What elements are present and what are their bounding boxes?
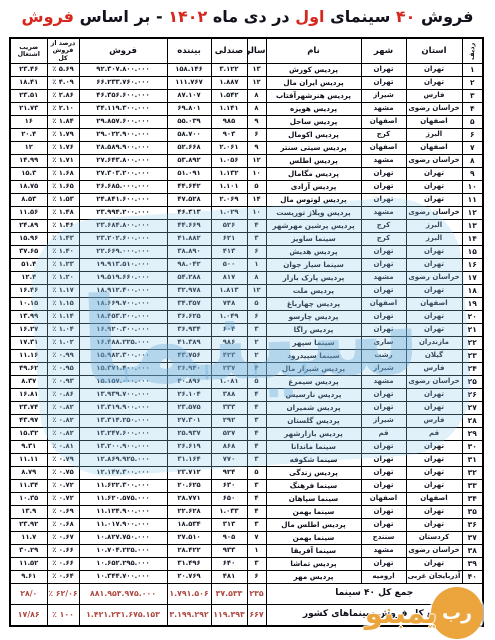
- table-row: ۸خراسان رضویمشهدپردیس اطلس۱۲۱.۰۵۶۵۳.۸۹۲۲…: [10, 155, 483, 168]
- col-header-halls: سالن: [247, 38, 266, 64]
- cell-seats: ۱.۵۴۲: [211, 90, 247, 103]
- col-header-viewers: بیننده: [167, 38, 211, 64]
- cell-occ: ۱۳.۹: [10, 506, 47, 519]
- cell-city: تهران: [361, 285, 406, 298]
- cell-viewers: ۴۴.۶۶۹: [167, 220, 211, 233]
- cell-pct: ۰.۶۹ ٪: [47, 506, 79, 519]
- cell-city: مشهد: [361, 155, 406, 168]
- cell-halls: ۴: [247, 506, 266, 519]
- cell-rank: ۳۷: [462, 532, 483, 545]
- cell-rank: ۱۷: [462, 272, 483, 285]
- cell-city: سنندج: [361, 532, 406, 545]
- cell-viewers: ۲۸.۷۷۱: [167, 493, 211, 506]
- table-body: ۱تهرانتهرانپردیس کورش۱۳۳.۱۲۲۱۵۸.۱۴۶۹۲.۳۰…: [10, 64, 483, 584]
- cell-viewers: ۸۷.۱۰۷: [167, 90, 211, 103]
- table-row: ۲۲مازندرانساریسینما سپهر۲۹۸۶۴۱.۳۸۹۱۶.۴۸۸…: [10, 337, 483, 350]
- cell-halls: ۶: [247, 246, 266, 259]
- cell-sales: ۲۳.۲۰۲.۶۰۰.۰۰۰: [79, 233, 167, 246]
- cell-viewers: ۴۱.۸۸۲: [167, 233, 211, 246]
- cell-name: پردیس زندگی: [266, 467, 361, 480]
- cell-name: پردیس اطلس: [266, 155, 361, 168]
- cell-seats: ۸۶۸: [211, 441, 247, 454]
- cell-city: کرج: [361, 129, 406, 142]
- cell-viewers: ۵۳.۸۹۲: [167, 155, 211, 168]
- cell-occ: ۱۵.۳۲: [10, 428, 47, 441]
- cell-halls: ۱۰: [247, 207, 266, 220]
- cell-city: مشهد: [361, 545, 406, 558]
- cell-viewers: ۲۰.۷۶۹: [167, 571, 211, 584]
- cell-province: آذربایجان غربی: [406, 571, 462, 584]
- cell-pct: ۰.۶۶ ٪: [47, 558, 79, 571]
- cell-name: سینما بهمن: [266, 506, 361, 519]
- cell-occ: ۴۳.۹۷: [10, 415, 47, 428]
- cell-viewers: ۵۲.۶۶۸: [167, 142, 211, 155]
- cell-seats: ۳۳۳: [211, 402, 247, 415]
- cell-city: مشهد: [361, 272, 406, 285]
- cell-sales: ۱۶.۹۲۰.۳۰۰.۰۰۰: [79, 324, 167, 337]
- cell-halls: ۱۲: [247, 77, 266, 90]
- cell-seats: ۱.۸۸۷: [211, 77, 247, 90]
- cell-name: پردیس شیراز مال: [266, 363, 361, 376]
- cell-rank: ۲۵: [462, 376, 483, 389]
- cell-occ: ۱۶.۴۶: [10, 285, 47, 298]
- cell-occ: ۱۱.۵۶: [10, 207, 47, 220]
- cell-pct: ۰.۸۲ ٪: [47, 428, 79, 441]
- cell-viewers: ۴۷.۵۲۸: [167, 194, 211, 207]
- summary-occupancy: ۲۸/۰: [10, 584, 47, 605]
- summary-sales: ۱.۴۲۱.۲۳۱.۶۷۵.۱۵۳: [79, 605, 167, 627]
- cell-rank: ۲۲: [462, 337, 483, 350]
- table-row: ۳۵تهرانتهرانسینما بهمن۴۱.۰۳۳۲۲.۶۲۸۱۱.۱۲۴…: [10, 506, 483, 519]
- cell-name: پردیس ساحل: [266, 116, 361, 129]
- cell-sales: ۱۰.۳۴۴.۷۰۰.۰۰۰: [79, 571, 167, 584]
- cell-city: اصفهان: [361, 116, 406, 129]
- cell-halls: ۴: [247, 220, 266, 233]
- page-title: فروش ۴۰ سینمای اول در دی ماه ۱۴۰۲ - بر ا…: [0, 7, 495, 26]
- cell-rank: ۹: [462, 168, 483, 181]
- cell-occ: ۱۶.۲۷: [10, 324, 47, 337]
- cell-sales: ۱۵.۳۷۱.۴۰۰.۰۰۰: [79, 363, 167, 376]
- cell-sales: ۱۵.۹۸۲.۳۰۰.۰۰۰: [79, 350, 167, 363]
- report-page: فروش ۴۰ سینمای اول در دی ماه ۱۴۰۲ - بر ا…: [0, 0, 495, 640]
- cell-halls: ۱: [247, 545, 266, 558]
- title-text: سینمای: [330, 7, 390, 26]
- cell-seats: ۳۸۸: [211, 389, 247, 402]
- cell-name: پردیس ایران مال: [266, 77, 361, 90]
- cell-halls: ۹: [247, 142, 266, 155]
- cell-province: اصفهان: [406, 116, 462, 129]
- cell-name: پردیس پرشین مهرشهر: [266, 220, 361, 233]
- cell-halls: ۱۲: [247, 285, 266, 298]
- cell-province: خراسان رضوی: [406, 207, 462, 220]
- cell-sales: ۱۳.۲۴۷.۶۰۰.۰۰۰: [79, 428, 167, 441]
- cell-occ: ۱۴.۹۹: [10, 155, 47, 168]
- cell-halls: ۵: [247, 376, 266, 389]
- cell-rank: ۲۱: [462, 324, 483, 337]
- cell-sales: ۱۱.۶۲۲.۳۰۰.۰۰۰: [79, 480, 167, 493]
- cell-sales: ۱۵.۱۵۷.۰۰۰.۰۰۰: [79, 376, 167, 389]
- cell-sales: ۱۶.۴۸۸.۲۲۵.۰۰۰: [79, 337, 167, 350]
- table-row: ۱۳البرزکرجپردیس پرشین مهرشهر۴۵۲۶۴۴.۶۶۹۲۳…: [10, 220, 483, 233]
- cell-city: تهران: [361, 64, 406, 77]
- cell-occ: ۲۴.۸۹: [10, 220, 47, 233]
- cell-occ: ۱۲.۴: [10, 272, 47, 285]
- cell-province: تهران: [406, 285, 462, 298]
- cell-rank: ۲۴: [462, 363, 483, 376]
- cell-seats: ۷۷۰: [211, 454, 247, 467]
- cell-seats: ۱.۰۲۹: [211, 207, 247, 220]
- cell-sales: ۲۷.۳۰۳.۲۰۰.۰۰۰: [79, 168, 167, 181]
- cell-seats: ۱.۰۵۶: [211, 155, 247, 168]
- cell-halls: ۱۰: [247, 168, 266, 181]
- cell-viewers: ۳۱.۱۶۴: [167, 454, 211, 467]
- cell-viewers: ۲۳.۷۱۲: [167, 467, 211, 480]
- summary-percent: ۱۰۰ ٪: [47, 605, 79, 627]
- cell-rank: ۳۱: [462, 454, 483, 467]
- cell-sales: ۱۹.۹۱۳.۵۱۰.۰۰۰: [79, 259, 167, 272]
- col-header-city: شهر: [361, 38, 406, 64]
- cell-seats: ۵۰۰: [211, 259, 247, 272]
- cell-halls: ۱۲: [247, 155, 266, 168]
- cell-pct: ۰.۷۲ ٪: [47, 493, 79, 506]
- cell-name: پردیس بازارشهر: [266, 428, 361, 441]
- cell-pct: ۱.۶۵ ٪: [47, 181, 79, 194]
- cell-name: سینما بهمن: [266, 532, 361, 545]
- cell-city: تهران: [361, 519, 406, 532]
- cell-rank: ۱۸: [462, 285, 483, 298]
- cell-province: اصفهان: [406, 142, 462, 155]
- cell-name: سینما شکوفه: [266, 454, 361, 467]
- cell-sales: ۲۶.۶۸۵.۰۰۰.۰۰۰: [79, 181, 167, 194]
- table-row: ۱۷خراسان رضویمشهدپردیس پارک بازار۸۸۱۷۵۴.…: [10, 272, 483, 285]
- cell-province: اصفهان: [406, 298, 462, 311]
- table-row: ۳۴اصفهاناصفهانسینما سپاهان۴۶۵۰۲۸.۷۷۱۱۱.۶…: [10, 493, 483, 506]
- cell-viewers: ۴۶.۳۱۳: [167, 207, 211, 220]
- cell-halls: ۴: [247, 493, 266, 506]
- cell-occ: ۸.۳۷: [10, 376, 47, 389]
- cell-name: پردیس سیمرغ: [266, 376, 361, 389]
- cell-sales: ۲۲.۶۶۹.۰۰۰.۰۰۰: [79, 246, 167, 259]
- cell-sales: ۱۱.۰۱۷.۹۰۰.۰۰۰: [79, 519, 167, 532]
- cell-viewers: ۲۳.۵۷۵: [167, 402, 211, 415]
- cell-province: خراسان رضوی: [406, 272, 462, 285]
- cell-pct: ۰.۷۵ ٪: [47, 467, 79, 480]
- cell-province: فارس: [406, 363, 462, 376]
- summary-seats: ۳۷.۵۳۳: [211, 584, 247, 605]
- summary-viewers: ۳.۱۹۹.۲۹۲: [167, 605, 211, 627]
- cell-city: تهران: [361, 181, 406, 194]
- header-row: ردیف استان شهر نام سالن صندلی بیننده فرو…: [10, 38, 483, 64]
- cell-viewers: ۲۲.۶۲۸: [167, 506, 211, 519]
- cell-viewers: ۵۵.۰۳۹: [167, 116, 211, 129]
- cell-province: تهران: [406, 389, 462, 402]
- title-first: اول: [295, 7, 324, 26]
- table-row: ۲۷تهرانتهرانپردیس شمیران۴۳۳۳۲۳.۵۷۵۱۳.۳۱۹…: [10, 402, 483, 415]
- cell-occ: ۱۸.۷۵: [10, 181, 47, 194]
- cell-pct: ۰.۶۴ ٪: [47, 571, 79, 584]
- cell-city: اصفهان: [361, 493, 406, 506]
- cell-occ: ۱۳.۹۹: [10, 311, 47, 324]
- cell-occ: ۲۰.۴: [10, 129, 47, 142]
- cell-sales: ۶۶.۲۳۳.۷۶۰.۰۰۰: [79, 77, 167, 90]
- cell-seats: ۱.۱۴۱: [211, 103, 247, 116]
- cell-seats: ۲۳۷: [211, 363, 247, 376]
- cell-province: اصفهان: [406, 493, 462, 506]
- cell-viewers: ۲۵.۹۳۷: [167, 428, 211, 441]
- cell-occ: ۹.۶۱: [10, 571, 47, 584]
- cell-halls: ۹: [247, 116, 266, 129]
- cell-province: تهران: [406, 441, 462, 454]
- cell-city: تهران: [361, 194, 406, 207]
- cell-halls: ۴: [247, 363, 266, 376]
- cell-viewers: ۵۱.۰۹۱: [167, 168, 211, 181]
- cell-pct: ۰.۶۷ ٪: [47, 532, 79, 545]
- cell-name: پردیس شمیران: [266, 402, 361, 415]
- cell-rank: ۲۸: [462, 415, 483, 428]
- cell-viewers: ۳۴.۳۵۷: [167, 298, 211, 311]
- cell-name: سینما آفریقا: [266, 545, 361, 558]
- cell-city: تهران: [361, 246, 406, 259]
- table-row: ۳۱تهرانتهرانسینما شکوفه۳۷۷۰۳۱.۱۶۴۱۲.۸۶۹.…: [10, 454, 483, 467]
- cell-rank: ۸: [462, 155, 483, 168]
- cell-province: فارس: [406, 415, 462, 428]
- cell-halls: ۳: [247, 519, 266, 532]
- cell-halls: ۳: [247, 480, 266, 493]
- cell-pct: ۰.۶۸ ٪: [47, 519, 79, 532]
- cell-province: تهران: [406, 558, 462, 571]
- cell-occ: ۱۵.۳: [10, 168, 47, 181]
- cell-name: پردیس هویزه: [266, 103, 361, 116]
- cell-halls: ۸: [247, 90, 266, 103]
- cell-pct: ۱.۸۴ ٪: [47, 116, 79, 129]
- table-row: ۳۸خراسان رضویمشهدسینما آفریقا۱۹۳۳۲۸.۴۲۲۱…: [10, 545, 483, 558]
- cell-city: تهران: [361, 168, 406, 181]
- col-header-seats: صندلی: [211, 38, 247, 64]
- cell-name: سینما سپاهان: [266, 493, 361, 506]
- cell-sales: ۱۹.۵۱۹.۶۶۰.۰۰۰: [79, 272, 167, 285]
- cell-viewers: ۳۸.۸۹۰: [167, 246, 211, 259]
- cell-viewers: ۱۱۱.۷۶۷: [167, 77, 211, 90]
- table-row: ۱۲خراسان رضویمشهدپردیس ویلاژ توریست۱۰۱.۰…: [10, 207, 483, 220]
- cell-city: اصفهان: [361, 298, 406, 311]
- cell-seats: ۲۹۲: [211, 415, 247, 428]
- cell-viewers: ۶۹.۸۰۱: [167, 103, 211, 116]
- cell-rank: ۱۵: [462, 246, 483, 259]
- cell-occ: ۲۳.۷۴: [10, 402, 47, 415]
- cell-pct: ۱.۱۴ ٪: [47, 311, 79, 324]
- table-row: ۱تهرانتهرانپردیس کورش۱۳۳.۱۲۲۱۵۸.۱۴۶۹۲.۳۰…: [10, 64, 483, 77]
- cell-rank: ۳۵: [462, 506, 483, 519]
- cell-name: پردیس لوتوس مال: [266, 194, 361, 207]
- cell-seats: ۹۰۵: [211, 532, 247, 545]
- cell-sales: ۹۲.۳۰۷.۸۰۰.۰۰۰: [79, 64, 167, 77]
- cell-sales: ۱۳.۳۱۴.۲۵۰.۰۰۰: [79, 415, 167, 428]
- title-text: در دی ماه: [213, 7, 290, 26]
- cell-pct: ۱.۷۹ ٪: [47, 129, 79, 142]
- table-row: ۲۸فارسشیرازپردیس گلستان۳۲۹۲۲۷.۳۰۱۱۳.۳۱۴.…: [10, 415, 483, 428]
- cell-occ: ۲۳.۴۶: [10, 64, 47, 77]
- cell-city: شیراز: [361, 90, 406, 103]
- cell-seats: ۹۸۶: [211, 337, 247, 350]
- table-row: ۴خراسان رضویمشهدپردیس هویزه۸۱.۱۴۱۶۹.۸۰۱۳…: [10, 103, 483, 116]
- cell-pct: ۰.۹۳ ٪: [47, 376, 79, 389]
- cell-halls: ۵: [247, 467, 266, 480]
- cell-halls: ۲: [247, 337, 266, 350]
- summary-label: جمع کل ۴۰ سینما: [266, 584, 483, 605]
- cell-halls: ۱۳: [247, 64, 266, 77]
- cell-province: تهران: [406, 64, 462, 77]
- cell-sales: ۱۲.۸۶۹.۹۲۵.۰۰۰: [79, 454, 167, 467]
- col-header-occupancy: ضریب اشتغال: [10, 38, 47, 64]
- cell-city: تهران: [361, 441, 406, 454]
- summary-label: جمع کل فروش سینماهای کشور: [266, 605, 483, 627]
- cell-pct: ۱.۰۴ ٪: [47, 324, 79, 337]
- table-row: ۳۹تهرانتهرانپردیس تماشا۳۶۴۰۳۱.۴۹۶۱۰.۶۵۲.…: [10, 558, 483, 571]
- title-text: - بر اساس: [80, 7, 163, 26]
- cell-halls: ۲: [247, 350, 266, 363]
- cell-province: تهران: [406, 506, 462, 519]
- cell-viewers: ۲۶.۶۱۹: [167, 441, 211, 454]
- cell-name: پردیس اکومال: [266, 129, 361, 142]
- cell-province: تهران: [406, 181, 462, 194]
- cell-viewers: ۱۵۸.۱۴۶: [167, 64, 211, 77]
- cell-seats: ۱.۱۳۲: [211, 168, 247, 181]
- cell-province: تهران: [406, 324, 462, 337]
- cell-sales: ۲۳.۶۸۴.۸۰۰.۰۰۰: [79, 220, 167, 233]
- cell-province: تهران: [406, 402, 462, 415]
- cell-occ: ۴۹.۶۲: [10, 363, 47, 376]
- cell-rank: ۳۳: [462, 480, 483, 493]
- col-header-sales: فروش: [79, 38, 167, 64]
- cell-viewers: ۱۸.۵۳۴: [167, 519, 211, 532]
- cell-province: خراسان رضوی: [406, 545, 462, 558]
- cell-occ: ۱۱.۳۴: [10, 480, 47, 493]
- cell-occ: ۱۰.۳۵: [10, 493, 47, 506]
- title-sales-word: فروش: [22, 7, 74, 26]
- cell-city: ساری: [361, 337, 406, 350]
- cell-halls: ۳: [247, 324, 266, 337]
- cell-pct: ۰.۹۵ ٪: [47, 363, 79, 376]
- cell-rank: ۲۶: [462, 389, 483, 402]
- cell-name: سینما ساویز: [266, 233, 361, 246]
- table-row: ۹تهرانتهرانپردیس مگامال۱۰۱.۱۳۲۵۱.۰۹۱۲۷.۳…: [10, 168, 483, 181]
- cell-name: پردیس ویلاژ توریست: [266, 207, 361, 220]
- cell-province: خراسان رضوی: [406, 155, 462, 168]
- cell-pct: ۰.۸۲ ٪: [47, 402, 79, 415]
- cell-seats: ۱.۰۸۱: [211, 376, 247, 389]
- cell-name: پردیس کورش: [266, 64, 361, 77]
- cell-viewers: ۲۷.۵۱۰: [167, 532, 211, 545]
- cell-seats: ۶۰۴: [211, 324, 247, 337]
- cell-city: شیراز: [361, 363, 406, 376]
- cell-sales: ۱۳.۳۱۹.۹۰۰.۰۰۰: [79, 402, 167, 415]
- summary-percent: ۶۲/۰۶ ٪: [47, 584, 79, 605]
- cell-province: تهران: [406, 194, 462, 207]
- cell-city: تهران: [361, 324, 406, 337]
- cell-rank: ۲۷: [462, 402, 483, 415]
- cell-occ: ۲۳.۵۱: [10, 90, 47, 103]
- cell-name: پردیس چهارباغ: [266, 298, 361, 311]
- cell-rank: ۱۳: [462, 220, 483, 233]
- cell-city: تهران: [361, 402, 406, 415]
- cell-halls: ۶: [247, 129, 266, 142]
- cell-rank: ۱۰: [462, 181, 483, 194]
- cell-seats: ۱.۰۳۳: [211, 506, 247, 519]
- cell-name: پردیس هدیش: [266, 246, 361, 259]
- cell-province: البرز: [406, 233, 462, 246]
- cell-seats: ۵۲۷: [211, 428, 247, 441]
- cell-pct: ۱.۵۳ ٪: [47, 194, 79, 207]
- cell-province: تهران: [406, 454, 462, 467]
- cell-name: سینما ماندانا: [266, 441, 361, 454]
- cell-viewers: ۵۴.۲۸۸: [167, 272, 211, 285]
- cell-province: خراسان رضوی: [406, 103, 462, 116]
- table-row: ۱۰تهرانتهرانپردیس آزادی۵۱.۱۰۱۴۴.۶۴۲۲۶.۶۸…: [10, 181, 483, 194]
- table-row: ۴۰آذربایجان غربیارومیهپردیس مهر۶۴۸۱۲۰.۷۶…: [10, 571, 483, 584]
- cell-halls: ۴: [247, 441, 266, 454]
- cell-sales: ۲۷.۶۴۳.۸۰۰.۰۰۰: [79, 155, 167, 168]
- cell-name: پردیس سیتی سنتر: [266, 142, 361, 155]
- cell-viewers: ۴۴.۶۴۲: [167, 181, 211, 194]
- cell-name: سینما سپیدرود: [266, 350, 361, 363]
- cell-name: پردیس گلستان: [266, 415, 361, 428]
- cell-name: پردیس اطلس مال: [266, 519, 361, 532]
- cell-pct: ۰.۸۱ ٪: [47, 441, 79, 454]
- table-row: ۲۰تهرانتهرانپردیس چارسو۶۱.۰۴۹۳۶.۶۲۵۱۸.۴۵…: [10, 311, 483, 324]
- cell-occ: ۱۵.۹۶: [10, 233, 47, 246]
- cell-pct: ۱.۱۵ ٪: [47, 298, 79, 311]
- summary-row-top40: جمع کل ۴۰ سینما ۲۳۵ ۳۷.۵۳۳ ۱.۷۹۱.۵۰۶ ۸۸۱…: [10, 584, 483, 605]
- cell-sales: ۱۸.۶۶۹.۷۰۰.۰۰۰: [79, 298, 167, 311]
- cell-rank: ۳۲: [462, 467, 483, 480]
- cell-occ: ۸.۷۹: [10, 467, 47, 480]
- cell-occ: ۸.۵۳: [10, 194, 47, 207]
- cell-viewers: ۴۱.۳۸۹: [167, 337, 211, 350]
- cell-occ: ۹.۳۱: [10, 441, 47, 454]
- cell-rank: ۱: [462, 64, 483, 77]
- cell-viewers: ۲۷.۳۰۱: [167, 415, 211, 428]
- cell-city: کرج: [361, 233, 406, 246]
- cell-pct: ۱.۰۲ ٪: [47, 337, 79, 350]
- cell-halls: ۳: [247, 454, 266, 467]
- cell-province: تهران: [406, 168, 462, 181]
- cell-rank: ۳: [462, 90, 483, 103]
- cell-pct: ۰.۸۲ ٪: [47, 415, 79, 428]
- cell-city: تهران: [361, 506, 406, 519]
- cell-sales: ۱۰.۶۵۲.۲۹۵.۰۰۰: [79, 558, 167, 571]
- cell-province: البرز: [406, 129, 462, 142]
- cell-rank: ۴: [462, 103, 483, 116]
- cell-province: گیلان: [406, 350, 462, 363]
- cell-occ: ۱۱.۱۶: [10, 350, 47, 363]
- cell-pct: ۱.۴۳ ٪: [47, 233, 79, 246]
- cell-sales: ۴۶.۳۵۶.۶۰۰.۰۰۰: [79, 90, 167, 103]
- cell-pct: ۴.۰۹ ٪: [47, 77, 79, 90]
- cell-province: تهران: [406, 480, 462, 493]
- cell-sales: ۲۸.۵۸۹.۹۰۰.۰۰۰: [79, 142, 167, 155]
- cell-halls: ۸: [247, 103, 266, 116]
- cell-halls: ۸: [247, 272, 266, 285]
- cell-seats: ۷۴۸: [211, 298, 247, 311]
- table-row: ۱۴البرزکرجسینما ساویز۳۶۲۱۴۱.۸۸۲۲۳.۲۰۲.۶۰…: [10, 233, 483, 246]
- cell-city: اصفهان: [361, 142, 406, 155]
- cell-occ: ۱۰.۱۵: [10, 298, 47, 311]
- cell-sales: ۱۸.۴۵۳.۲۰۰.۰۰۰: [79, 311, 167, 324]
- cell-occ: ۳۷.۶۵: [10, 246, 47, 259]
- title-count: ۴۰: [396, 7, 416, 26]
- summary-occupancy: ۱۷/۸۶: [10, 605, 47, 627]
- cell-rank: ۲۰: [462, 311, 483, 324]
